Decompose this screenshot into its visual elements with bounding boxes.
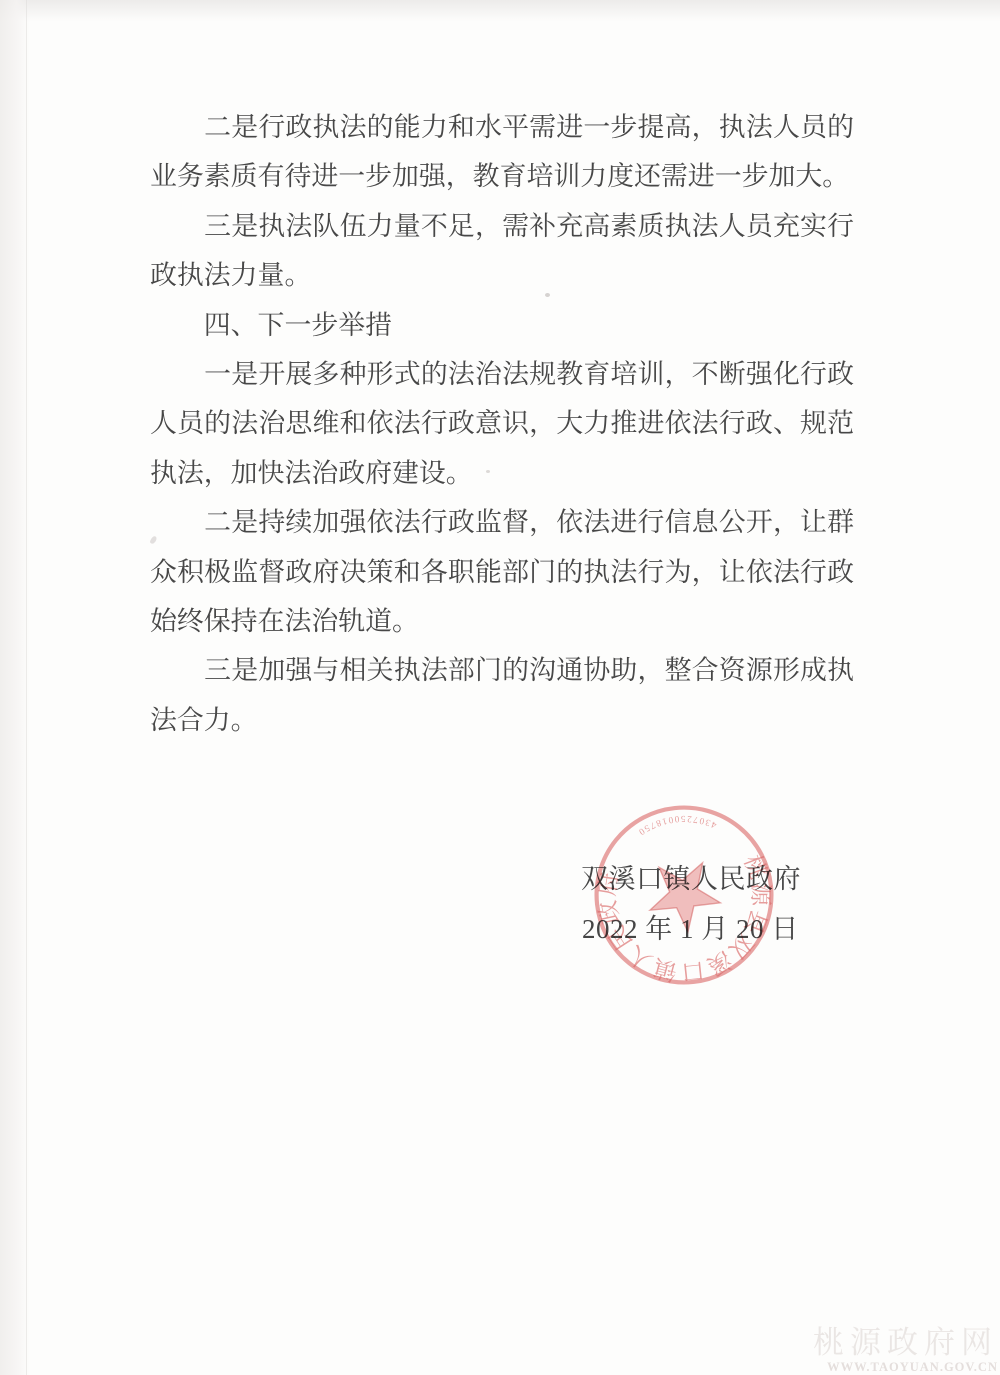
text-line: 三是执法队伍力量不足，需补充高素质执法人员充实行 [150,202,854,251]
scan-speck [545,293,550,297]
paragraph: 一是开展多种形式的法治法规教育培训，不断强化行政人员的法治思维和依法行政意识，大… [150,350,854,498]
scan-edge-top [0,0,1000,24]
watermark-site-url: WWW.TAOYUAN.GOV.CN [813,1361,998,1374]
text-line: 一是开展多种形式的法治法规教育培训，不断强化行政 [150,350,854,399]
paragraph: 二是持续加强依法行政监督，依法进行信息公开，让群众积极监督政府决策和各职能部门的… [150,498,854,646]
text-line: 始终保持在法治轨道。 [150,597,854,646]
watermark: 桃源政府网 WWW.TAOYUAN.GOV.CN [813,1327,998,1374]
text-line: 人员的法治思维和依法行政意识，大力推进依法行政、规范 [150,399,854,448]
text-line: 三是加强与相关执法部门的沟通协助，整合资源形成执 [150,646,854,695]
text-line: 业务素质有待进一步加强，教育培训力度还需进一步加大。 [150,152,854,201]
seal-serial-number: 4307250018750 [634,809,719,838]
text-line: 众积极监督政府决策和各职能部门的执法行为，让依法行政 [150,548,854,597]
paragraph: 四、下一步举措 [150,301,854,350]
watermark-site-name: 桃源政府网 [813,1327,998,1358]
text-line: 二是行政执法的能力和水平需进一步提高，执法人员的 [150,103,854,152]
svg-text:4307250018750: 4307250018750 [634,809,719,838]
text-line: 四、下一步举措 [150,301,854,350]
document-body: 二是行政执法的能力和水平需进一步提高，执法人员的业务素质有待进一步加强，教育培训… [150,103,854,745]
official-seal: 桃源县双溪口镇人民政府 4307250018750 [591,802,777,988]
scan-speck [486,470,490,473]
scan-crease-line [26,0,27,1375]
paragraph: 三是加强与相关执法部门的沟通协助，整合资源形成执法合力。 [150,646,854,745]
text-line: 政执法力量。 [150,251,854,300]
scanned-document-page: 二是行政执法的能力和水平需进一步提高，执法人员的业务素质有待进一步加强，教育培训… [0,0,1000,1375]
paragraph: 二是行政执法的能力和水平需进一步提高，执法人员的业务素质有待进一步加强，教育培训… [150,103,854,202]
text-line: 执法，加快法治政府建设。 [150,449,854,498]
seal-star [646,861,723,935]
text-line: 法合力。 [150,696,854,745]
text-line: 二是持续加强依法行政监督，依法进行信息公开，让群 [150,498,854,547]
paragraph: 三是执法队伍力量不足，需补充高素质执法人员充实行政执法力量。 [150,202,854,301]
